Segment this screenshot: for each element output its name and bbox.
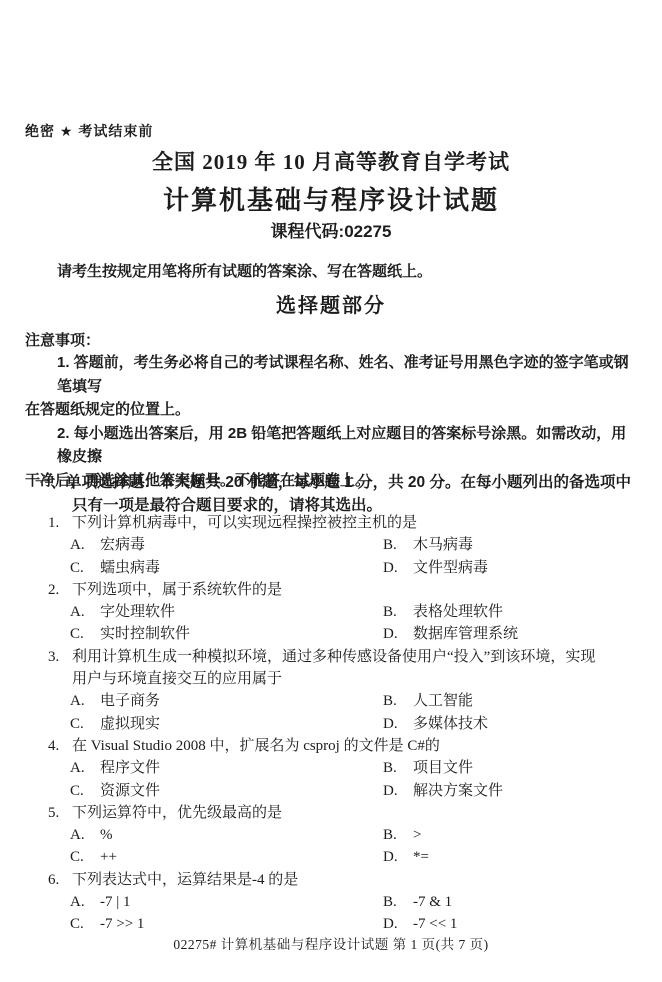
question-5: 5. 下列运算符中，优先级最高的是 A.% B.> C.++ D.*= bbox=[48, 802, 652, 869]
question-6-options: A.-7 | 1 B.-7 & 1 C.-7 >> 1 D.-7 << 1 bbox=[70, 891, 652, 936]
option-d-label: D. bbox=[383, 623, 413, 645]
option-b-label: B. bbox=[383, 690, 413, 712]
option-d-label: D. bbox=[383, 846, 413, 868]
option-d: D.多媒体技术 bbox=[383, 713, 652, 735]
option-d-text: *= bbox=[413, 846, 429, 868]
notice-heading: 注意事项： bbox=[25, 329, 100, 350]
question-1: 1. 下列计算机病毒中，可以实现远程操控被控主机的是 A.宏病毒 B.木马病毒 … bbox=[48, 512, 652, 579]
option-b-text: 表格处理软件 bbox=[413, 601, 503, 623]
option-b: B.表格处理软件 bbox=[383, 601, 652, 623]
question-4-options: A.程序文件 B.项目文件 C.资源文件 D.解决方案文件 bbox=[70, 757, 652, 802]
option-d: D.*= bbox=[383, 846, 652, 868]
option-b-text: 人工智能 bbox=[413, 690, 473, 712]
notice-2-line-1: 2. 每小题选出答案后，用 2B 铅笔把答题纸上对应题目的答案标号涂黑。如需改动… bbox=[25, 422, 640, 469]
option-d: D.解决方案文件 bbox=[383, 780, 652, 802]
option-c: C.蠕虫病毒 bbox=[70, 557, 383, 579]
question-2-options: A.字处理软件 B.表格处理软件 C.实时控制软件 D.数据库管理系统 bbox=[70, 601, 652, 646]
option-d-text: 文件型病毒 bbox=[413, 557, 488, 579]
course-code: 课程代码:02275 bbox=[0, 217, 662, 242]
option-b-text: 项目文件 bbox=[413, 757, 473, 779]
part1-heading-line1: 一、单项选择题：本大题共 20 小题，每小题 1 分，共 20 分。在每小题列出… bbox=[35, 471, 642, 494]
question-2-number: 2. bbox=[48, 579, 72, 601]
question-2: 2. 下列选项中，属于系统软件的是 A.字处理软件 B.表格处理软件 C.实时控… bbox=[48, 579, 652, 646]
part1-heading: 一、单项选择题：本大题共 20 小题，每小题 1 分，共 20 分。在每小题列出… bbox=[35, 471, 642, 517]
option-a: A.程序文件 bbox=[70, 757, 383, 779]
option-d: D.文件型病毒 bbox=[383, 557, 652, 579]
option-c: C.++ bbox=[70, 846, 383, 868]
secret-classification-label: 绝密 ★ 考试结束前 bbox=[25, 121, 153, 141]
option-a: A.字处理软件 bbox=[70, 601, 383, 623]
question-3-number: 3. bbox=[48, 646, 72, 691]
option-c-text: ++ bbox=[100, 846, 117, 868]
question-2-stem: 下列选项中，属于系统软件的是 bbox=[72, 579, 652, 601]
option-a-label: A. bbox=[70, 757, 100, 779]
option-b: B.人工智能 bbox=[383, 690, 652, 712]
question-6-stem: 下列表达式中，运算结果是-4 的是 bbox=[72, 869, 652, 891]
option-b-label: B. bbox=[383, 534, 413, 556]
exam-paper-page: 绝密 ★ 考试结束前 全国 2019 年 10 月高等教育自学考试 计算机基础与… bbox=[0, 0, 662, 982]
section-title: 选择题部分 bbox=[0, 289, 662, 318]
option-d-text: 多媒体技术 bbox=[413, 713, 488, 735]
question-3-stem-line2: 用户与环境直接交互的应用属于 bbox=[72, 668, 652, 690]
question-5-stem: 下列运算符中，优先级最高的是 bbox=[72, 802, 652, 824]
question-list: 1. 下列计算机病毒中，可以实现远程操控被控主机的是 A.宏病毒 B.木马病毒 … bbox=[48, 512, 652, 936]
option-a-text: 字处理软件 bbox=[100, 601, 175, 623]
question-1-number: 1. bbox=[48, 512, 72, 534]
option-c-text: 蠕虫病毒 bbox=[100, 557, 160, 579]
option-a-text: 程序文件 bbox=[100, 757, 160, 779]
question-6-number: 6. bbox=[48, 869, 72, 891]
option-a-label: A. bbox=[70, 601, 100, 623]
notice-1-line-2: 在答题纸规定的位置上。 bbox=[25, 398, 640, 422]
option-d-label: D. bbox=[383, 713, 413, 735]
option-a-text: 电子商务 bbox=[100, 690, 160, 712]
option-b-label: B. bbox=[383, 757, 413, 779]
option-b-label: B. bbox=[383, 891, 413, 913]
question-3-stem: 利用计算机生成一种模拟环境，通过多种传感设备使用户“投入”到该环境，实现 用户与… bbox=[72, 646, 652, 691]
question-4-number: 4. bbox=[48, 735, 72, 757]
answer-instruction: 请考生按规定用笔将所有试题的答案涂、写在答题纸上。 bbox=[57, 260, 432, 281]
option-b: B.> bbox=[383, 824, 652, 846]
option-a-label: A. bbox=[70, 534, 100, 556]
option-a: A.宏病毒 bbox=[70, 534, 383, 556]
option-a-text: % bbox=[100, 824, 113, 846]
question-3-stem-line1: 利用计算机生成一种模拟环境，通过多种传感设备使用户“投入”到该环境，实现 bbox=[72, 646, 652, 668]
question-5-options: A.% B.> C.++ D.*= bbox=[70, 824, 652, 869]
question-1-stem: 下列计算机病毒中，可以实现远程操控被控主机的是 bbox=[72, 512, 652, 534]
option-c-label: C. bbox=[70, 780, 100, 802]
option-a: A.电子商务 bbox=[70, 690, 383, 712]
notice-1-line-1: 1. 答题前，考生务必将自己的考试课程名称、姓名、准考证号用黑色字迹的签字笔或钢… bbox=[25, 351, 640, 398]
option-b: B.木马病毒 bbox=[383, 534, 652, 556]
option-b: B.项目文件 bbox=[383, 757, 652, 779]
option-c-text: 资源文件 bbox=[100, 780, 160, 802]
option-c-label: C. bbox=[70, 713, 100, 735]
option-c: C.资源文件 bbox=[70, 780, 383, 802]
question-4-stem: 在 Visual Studio 2008 中，扩展名为 csproj 的文件是 … bbox=[72, 735, 652, 757]
option-a: A.-7 | 1 bbox=[70, 891, 383, 913]
option-a-label: A. bbox=[70, 824, 100, 846]
question-6: 6. 下列表达式中，运算结果是-4 的是 A.-7 | 1 B.-7 & 1 C… bbox=[48, 869, 652, 936]
option-b-text: 木马病毒 bbox=[413, 534, 473, 556]
question-1-options: A.宏病毒 B.木马病毒 C.蠕虫病毒 D.文件型病毒 bbox=[70, 534, 652, 579]
option-c-label: C. bbox=[70, 846, 100, 868]
exam-title-line2: 计算机基础与程序设计试题 bbox=[0, 180, 662, 217]
option-d-label: D. bbox=[383, 557, 413, 579]
option-a-label: A. bbox=[70, 891, 100, 913]
question-4: 4. 在 Visual Studio 2008 中，扩展名为 csproj 的文… bbox=[48, 735, 652, 802]
question-5-number: 5. bbox=[48, 802, 72, 824]
question-3: 3. 利用计算机生成一种模拟环境，通过多种传感设备使用户“投入”到该环境，实现 … bbox=[48, 646, 652, 735]
option-c-text: 虚拟现实 bbox=[100, 713, 160, 735]
option-c: C.虚拟现实 bbox=[70, 713, 383, 735]
option-a-label: A. bbox=[70, 690, 100, 712]
option-d: D.数据库管理系统 bbox=[383, 623, 652, 645]
option-a-text: 宏病毒 bbox=[100, 534, 145, 556]
option-c: C.实时控制软件 bbox=[70, 623, 383, 645]
option-d-label: D. bbox=[383, 780, 413, 802]
option-d-text: 数据库管理系统 bbox=[413, 623, 518, 645]
option-b: B.-7 & 1 bbox=[383, 891, 652, 913]
option-b-text: -7 & 1 bbox=[413, 891, 452, 913]
option-d-text: 解决方案文件 bbox=[413, 780, 503, 802]
option-c-label: C. bbox=[70, 623, 100, 645]
option-c-label: C. bbox=[70, 557, 100, 579]
exam-title-line1: 全国 2019 年 10 月高等教育自学考试 bbox=[0, 146, 662, 176]
option-b-label: B. bbox=[383, 601, 413, 623]
option-b-label: B. bbox=[383, 824, 413, 846]
question-3-options: A.电子商务 B.人工智能 C.虚拟现实 D.多媒体技术 bbox=[70, 690, 652, 735]
option-b-text: > bbox=[413, 824, 421, 846]
option-c-text: 实时控制软件 bbox=[100, 623, 190, 645]
page-footer: 02275# 计算机基础与程序设计试题 第 1 页(共 7 页) bbox=[0, 933, 662, 953]
option-a-text: -7 | 1 bbox=[100, 891, 131, 913]
option-a: A.% bbox=[70, 824, 383, 846]
